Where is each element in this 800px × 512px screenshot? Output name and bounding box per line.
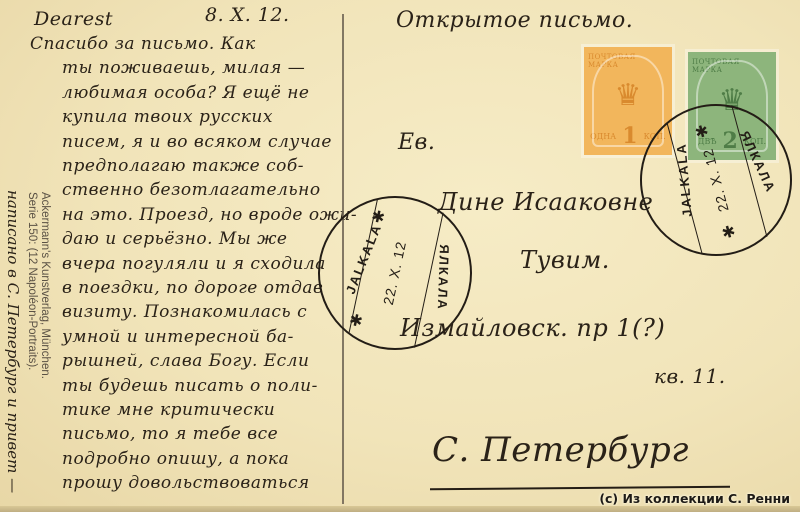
message-line: умной и интересной ба- xyxy=(62,327,294,347)
message-line: тике мне критически xyxy=(62,400,275,420)
addressee-name: Дине Исааковне xyxy=(438,188,653,216)
printer-imprint-line-2: Serie 150: (12 Napoléon-Portraits). xyxy=(26,192,38,370)
message-line: визиту. Познакомилась с xyxy=(62,302,307,322)
printer-imprint-line-1: Ackermann's Kunstverlag, München. xyxy=(39,192,51,379)
postcard-header: Открытое письмо. xyxy=(396,8,633,33)
copyright-watermark: (c) Из коллекции С. Ренни xyxy=(599,491,790,506)
message-line: письмо, то я тебе все xyxy=(62,424,278,444)
postmark-place-cyrillic: ЯЛКАЛА xyxy=(434,244,451,311)
message-line: в поездки, по дороге отдав xyxy=(62,278,323,298)
message-line: вчера погуляли и я сходила xyxy=(62,254,326,274)
address-city: С. Петербург xyxy=(432,430,689,470)
message-line: любимая особа? Я ещё не xyxy=(62,83,309,103)
message-line: на это. Проезд, но вроде ожи- xyxy=(62,205,357,225)
message-line: ты будешь писать о поли- xyxy=(62,376,318,396)
message-date: 8. X. 12. xyxy=(205,4,290,26)
message-line: Спасибо за письмо. Как xyxy=(30,34,256,54)
message-line: подробно опишу, а пока xyxy=(62,449,289,469)
message-line: прошу довольствоваться xyxy=(62,473,310,493)
card-edge xyxy=(0,506,800,512)
message-line: ты поживаешь, милая — xyxy=(62,58,305,78)
message-line: ственно безотлагательно xyxy=(62,180,321,200)
address-salutation: Ев. xyxy=(398,130,435,155)
addressee-surname: Тувим. xyxy=(520,246,610,274)
message-line: писем, я и во всяком случае xyxy=(62,132,332,152)
side-note: написано в С. Петербург и привет — xyxy=(4,190,22,493)
message-line: предполагаю также соб- xyxy=(62,156,304,176)
message-line: купила твоих русских xyxy=(62,107,273,127)
greeting: Dearest xyxy=(34,8,113,30)
address-street: Измайловск. пр 1(?) xyxy=(400,314,665,342)
city-underline xyxy=(430,486,730,491)
message-line: даю и серьёзно. Мы же xyxy=(62,229,287,249)
message-line: рышней, слава Богу. Если xyxy=(62,351,309,371)
postcard: Dearest 8. X. 12. Спасибо за письмо. Как… xyxy=(0,0,800,512)
address-apartment: кв. 11. xyxy=(654,364,726,388)
